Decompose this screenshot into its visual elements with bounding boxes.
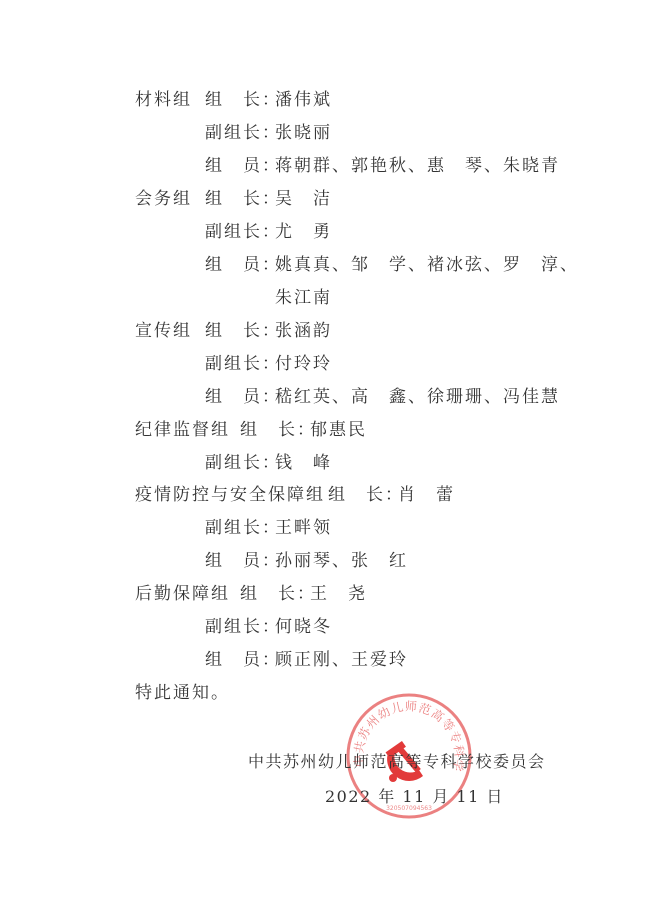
member-names: 嵇红英、高 鑫、徐珊珊、冯佳慧 bbox=[275, 386, 560, 408]
group-name: 宣传组 bbox=[135, 320, 192, 342]
member-names: 张涵韵 bbox=[275, 320, 332, 342]
member-names: 姚真真、邹 学、褚冰弦、罗 淳、 bbox=[275, 254, 579, 276]
role-label: 副组长： bbox=[205, 616, 281, 638]
role-label: 组 长： bbox=[205, 89, 281, 111]
group-name: 材料组 bbox=[135, 89, 192, 111]
member-names: 王 尧 bbox=[310, 583, 367, 605]
member-names: 钱 峰 bbox=[275, 452, 332, 474]
role-label: 组 员： bbox=[205, 155, 281, 177]
role-label: 组 员： bbox=[205, 550, 281, 572]
member-names: 朱江南 bbox=[275, 287, 332, 309]
role-label: 组 长： bbox=[240, 419, 316, 441]
role-label: 组 长： bbox=[240, 583, 316, 605]
group-name: 会务组 bbox=[135, 188, 192, 210]
member-names: 王畔领 bbox=[275, 517, 332, 539]
role-label: 副组长： bbox=[205, 353, 281, 375]
role-label: 组 长： bbox=[205, 188, 281, 210]
member-names: 顾正刚、王爱玲 bbox=[275, 649, 408, 671]
role-label: 组 员： bbox=[205, 649, 281, 671]
group-name: 纪律监督组 bbox=[135, 419, 230, 441]
role-label: 组 长： bbox=[328, 484, 404, 506]
member-names: 何晓冬 bbox=[275, 616, 332, 638]
member-names: 肖 蕾 bbox=[398, 484, 455, 506]
signature-date: 2022 年 11 月 11 日 bbox=[325, 784, 504, 807]
member-names: 郁惠民 bbox=[310, 419, 367, 441]
member-names: 蒋朝群、郭艳秋、惠 琴、朱晓青 bbox=[275, 155, 560, 177]
role-label: 组 长： bbox=[205, 320, 281, 342]
group-name: 后勤保障组 bbox=[135, 583, 230, 605]
role-label: 副组长： bbox=[205, 517, 281, 539]
role-label: 副组长： bbox=[205, 452, 281, 474]
member-names: 尤 勇 bbox=[275, 221, 332, 243]
signature-org: 中共苏州幼儿师范高等专科学校委员会 bbox=[248, 749, 546, 772]
role-label: 组 员： bbox=[205, 386, 281, 408]
closing-text: 特此通知。 bbox=[135, 682, 230, 704]
member-names: 潘伟斌 bbox=[275, 89, 332, 111]
role-label: 副组长： bbox=[205, 122, 281, 144]
role-label: 组 员： bbox=[205, 254, 281, 276]
member-names: 吴 洁 bbox=[275, 188, 332, 210]
group-name: 疫情防控与安全保障组 bbox=[135, 484, 325, 506]
member-names: 孙丽琴、张 红 bbox=[275, 550, 408, 572]
role-label: 副组长： bbox=[205, 221, 281, 243]
member-names: 张晓丽 bbox=[275, 122, 332, 144]
member-names: 付玲玲 bbox=[275, 353, 332, 375]
